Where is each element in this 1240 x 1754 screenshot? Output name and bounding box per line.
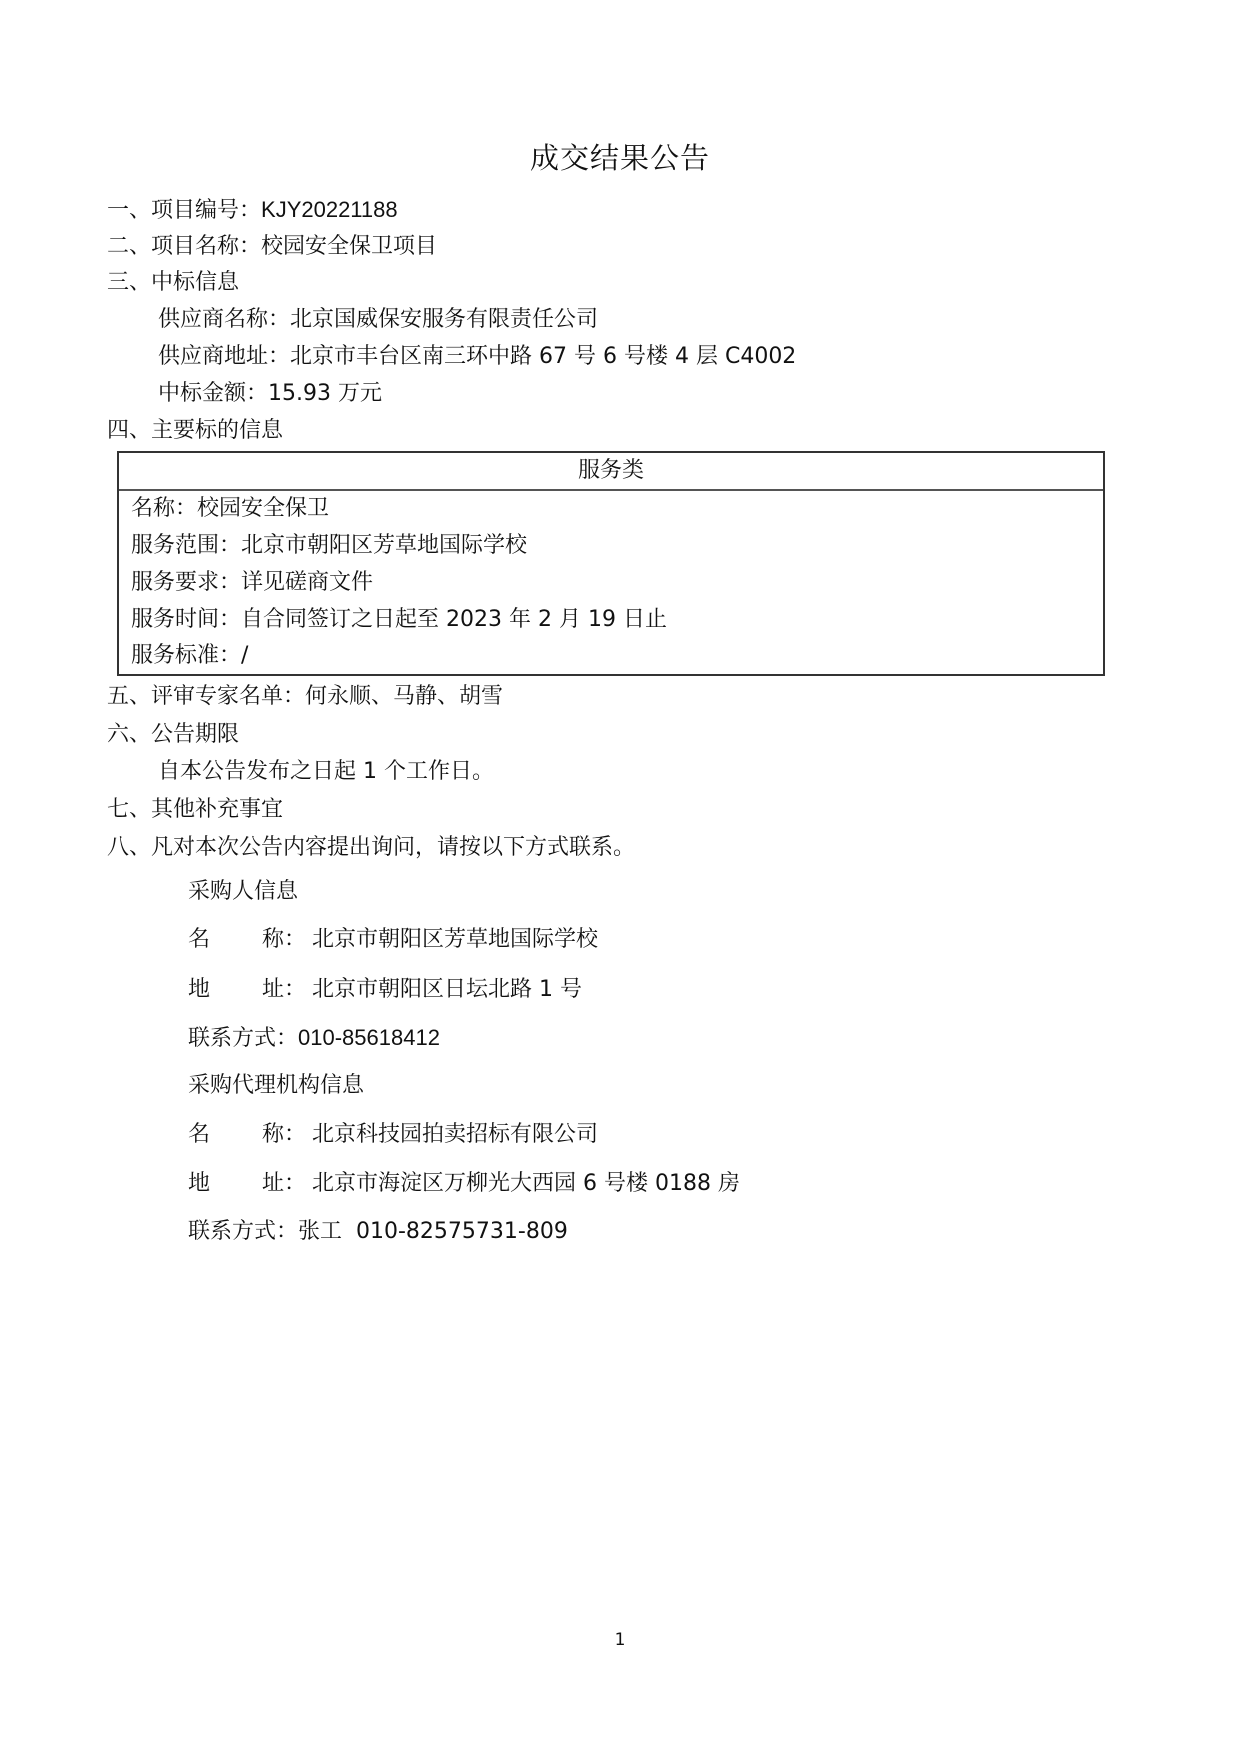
agency-name: 名称：北京科技园拍卖招标有限公司 — [188, 1120, 598, 1150]
agency-name-value: 北京科技园拍卖招标有限公司 — [312, 1122, 598, 1147]
subject-info-table: 服务类 名称：校园安全保卫 服务范围：北京市朝阳区芳草地国际学校 服务要求：详见… — [117, 451, 1105, 676]
row-value: 自合同签订之日起至 2023 年 2 月 19 日止 — [241, 607, 667, 632]
row-label: 服务时间： — [131, 607, 241, 632]
purchaser-heading: 采购人信息 — [188, 877, 298, 907]
section-project-number: 一、项目编号：KJY20221188 — [107, 195, 398, 226]
label: 供应商地址： — [158, 344, 290, 369]
label: 地 — [188, 975, 262, 1005]
purchaser-address: 地址：北京市朝阳区日坛北路 1 号 — [188, 975, 582, 1005]
purchaser-contact: 联系方式：010-85618412 — [188, 1023, 440, 1054]
label: 地 — [188, 1169, 262, 1199]
row-value: / — [241, 643, 248, 668]
label: 五、评审专家名单： — [107, 684, 305, 709]
table-row: 服务要求：详见磋商文件 — [131, 568, 373, 598]
section-experts: 五、评审专家名单：何永顺、马静、胡雪 — [107, 682, 503, 712]
project-number-value: KJY20221188 — [261, 197, 398, 222]
label: 称： — [262, 927, 306, 952]
supplier-name-value: 北京国威保安服务有限责任公司 — [290, 307, 598, 332]
agency-address: 地址：北京市海淀区万柳光大西园 6 号楼 0188 房 — [188, 1169, 740, 1199]
table-row: 服务时间：自合同签订之日起至 2023 年 2 月 19 日止 — [131, 605, 667, 635]
table-row: 服务范围：北京市朝阳区芳草地国际学校 — [131, 531, 527, 561]
row-value: 详见磋商文件 — [241, 570, 373, 595]
section-bid-info-heading: 三、中标信息 — [107, 268, 239, 298]
label: 供应商名称： — [158, 307, 290, 332]
table-row: 名称：校园安全保卫 — [131, 494, 329, 524]
label: 称： — [262, 1122, 306, 1147]
supplier-address-value: 北京市丰台区南三环中路 67 号 6 号楼 4 层 C4002 — [290, 344, 796, 369]
purchaser-address-value: 北京市朝阳区日坛北路 1 号 — [312, 977, 582, 1002]
bid-amount: 中标金额：15.93 万元 — [158, 379, 382, 409]
row-label: 服务要求： — [131, 570, 241, 595]
label: 址： — [262, 1171, 306, 1196]
row-label: 服务标准： — [131, 643, 241, 668]
page-title: 成交结果公告 — [0, 140, 1240, 176]
agency-heading: 采购代理机构信息 — [188, 1071, 364, 1101]
table-row: 服务标准：/ — [131, 641, 248, 671]
project-name-value: 校园安全保卫项目 — [261, 234, 437, 259]
experts-value: 何永顺、马静、胡雪 — [305, 684, 503, 709]
table-header: 服务类 — [119, 453, 1103, 491]
row-value: 北京市朝阳区芳草地国际学校 — [241, 533, 527, 558]
row-label: 服务范围： — [131, 533, 241, 558]
purchaser-name: 名称：北京市朝阳区芳草地国际学校 — [188, 925, 598, 955]
agency-contact: 联系方式：张工 010-82575731-809 — [188, 1217, 568, 1247]
section-subject-heading: 四、主要标的信息 — [107, 416, 283, 446]
section-project-name: 二、项目名称：校园安全保卫项目 — [107, 232, 437, 262]
row-label: 名称： — [131, 496, 197, 521]
purchaser-name-value: 北京市朝阳区芳草地国际学校 — [312, 927, 598, 952]
label: 中标金额： — [158, 381, 268, 406]
section-notice-period-heading: 六、公告期限 — [107, 720, 239, 750]
section-contact-heading: 八、凡对本次公告内容提出询问，请按以下方式联系。 — [107, 833, 635, 863]
label: 二、项目名称： — [107, 234, 261, 259]
section-other-matters: 七、其他补充事宜 — [107, 795, 283, 825]
document-page: 成交结果公告 一、项目编号：KJY20221188 二、项目名称：校园安全保卫项… — [0, 0, 1240, 1754]
supplier-address: 供应商地址：北京市丰台区南三环中路 67 号 6 号楼 4 层 C4002 — [158, 342, 796, 372]
label: 名 — [188, 925, 262, 955]
page-number: 1 — [0, 1628, 1240, 1652]
label: 一、项目编号： — [107, 198, 261, 223]
notice-period-detail: 自本公告发布之日起 1 个工作日。 — [158, 757, 494, 787]
label: 名 — [188, 1120, 262, 1150]
bid-amount-value: 15.93 万元 — [268, 381, 382, 406]
label: 址： — [262, 977, 306, 1002]
label: 联系方式： — [188, 1026, 298, 1051]
purchaser-phone: 010-85618412 — [298, 1025, 440, 1050]
supplier-name: 供应商名称：北京国威保安服务有限责任公司 — [158, 305, 598, 335]
label: 联系方式： — [188, 1219, 298, 1244]
agency-address-value: 北京市海淀区万柳光大西园 6 号楼 0188 房 — [312, 1171, 740, 1196]
agency-phone: 张工 010-82575731-809 — [298, 1219, 568, 1244]
row-value: 校园安全保卫 — [197, 496, 329, 521]
